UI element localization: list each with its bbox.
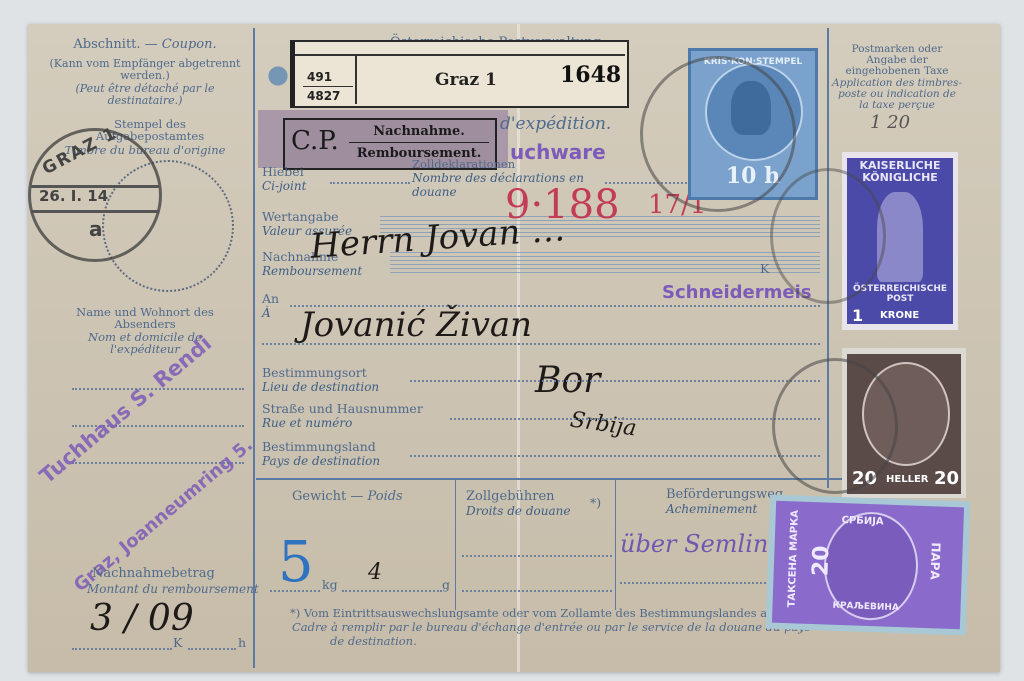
postmark-on-imprint [640, 56, 796, 212]
coupon-note-fr: (Peut être détaché par le destinataire.) [40, 83, 250, 107]
serbian-stamp-right-text: ПАРА [928, 542, 943, 580]
label-top-rule [295, 54, 625, 56]
handwritten-addressee-line2: Jovanić Živan [300, 305, 532, 345]
postmark-on-krone [770, 168, 886, 304]
stamp-1-krone-unit: KRONE [880, 310, 919, 321]
addressee-label: An À [262, 292, 279, 320]
origin-postmark: GRAZ 1 26. I. 14 a [28, 128, 162, 262]
destination-de: Bestimmungsort [262, 365, 367, 380]
coupon-divider [253, 28, 255, 668]
footnote-fr: Cadre à remplir par le bureau d'échange … [292, 620, 811, 634]
customs-fr: Droits de douane [466, 504, 570, 518]
destination-fr: Lieu de destination [262, 380, 379, 394]
value-de: Wertangabe [262, 209, 339, 224]
route-fr: Acheminement [666, 502, 783, 516]
handwritten-total-fee: 1 20 [870, 112, 910, 133]
customs-de: Zollgebühren [466, 489, 555, 504]
weight-kg-line[interactable] [270, 590, 320, 592]
addressee-fr: À [262, 306, 279, 320]
coupon-title-de: Abschnitt. — [73, 37, 157, 52]
footnote-fr-2: de destination. [330, 634, 417, 648]
destination-line[interactable] [410, 380, 820, 382]
eagle-emblem-icon [266, 56, 290, 96]
label-col-rule [355, 54, 357, 104]
footnote-de: *) Vom Eintrittsauswechslungsamte oder v… [290, 606, 831, 620]
declarations-de: Zolldeklarationen [412, 157, 515, 171]
weight-g-unit: g [442, 578, 450, 592]
addressee-de: An [262, 291, 279, 306]
street-de: Straße und Hausnummer [262, 401, 423, 416]
country-label: Bestimmungsland Pays de destination [262, 440, 380, 468]
stamp-1-krone-top-text: KAISERLICHE KÖNIGLICHE [847, 160, 953, 184]
weight-g-handwritten: 4 [368, 560, 382, 585]
stamp-20-heller-unit: HELLER [886, 474, 928, 485]
currency-mark: K [760, 262, 769, 276]
street-label: Straße und Hausnummer Rue et numéro [262, 402, 423, 430]
route-handwritten: über Semlin [620, 530, 768, 558]
cod-label-de: Nachnahme. [349, 124, 489, 139]
weight-divider [455, 480, 456, 610]
cod-amount-k-line[interactable] [72, 648, 172, 650]
cod-label-rule [349, 142, 489, 143]
customs-label: Zollgebühren Droits de douane [466, 490, 570, 518]
destination-label: Bestimmungsort Lieu de destination [262, 366, 379, 394]
label-office: Graz 1 [435, 70, 497, 90]
serbian-postage-due-stamp: СРБИЈА ТАКСЕНА МАРКА ПАРА КРАЉЕВИНА 20 [766, 495, 971, 636]
customs-line-1[interactable] [462, 555, 612, 557]
attached-count-line[interactable] [330, 182, 410, 184]
postmark-date: 26. I. 14 [39, 187, 108, 205]
coupon-title-fr: Coupon. [162, 37, 217, 52]
stamp-box-title-fr: Application des timbres-poste ou indicat… [832, 78, 962, 111]
street-fr: Rue et numéro [262, 416, 423, 430]
cod-amount-h-line[interactable] [188, 648, 236, 650]
weight-de: Gewicht — [292, 489, 363, 504]
stamp-20-heller-value-right: 20 [934, 468, 959, 489]
country-line[interactable] [410, 455, 820, 457]
serbian-stamp-country: СРБИЈА [841, 515, 883, 527]
weight-kg-unit: kg [322, 578, 338, 592]
cod-amount-label-fr: Montant du remboursement [87, 582, 259, 596]
stamp-box-title-de: Postmarken oder Angabe der eingehobenen … [832, 44, 962, 77]
postmark-code: a [89, 217, 103, 241]
country-de: Bestimmungsland [262, 439, 376, 454]
cod-label-code: C.P. [291, 126, 339, 156]
route-line[interactable] [620, 582, 770, 584]
weight-fr: Poids [368, 489, 403, 504]
country-fr: Pays de destination [262, 454, 380, 468]
stamp-1-krone-value: 1 [852, 306, 863, 325]
route-label: Beförderungsweg Acheminement [666, 488, 783, 516]
street-line[interactable] [450, 418, 820, 420]
label-serial-number: 1648 [560, 62, 621, 88]
postmark-on-heller [772, 358, 898, 494]
attached-label: Hiebei Ci-joint [262, 165, 306, 193]
customs-line-2[interactable] [462, 590, 612, 592]
label-number-bottom: 4827 [307, 89, 340, 103]
coupon-title: Abschnitt. — Coupon. [40, 38, 250, 52]
weight-label: Gewicht — Poids [292, 490, 403, 504]
label-fraction-rule [303, 86, 353, 87]
customs-divider [615, 480, 616, 610]
cod-amount-label-de: Nachnahmebetrag [92, 567, 215, 581]
customs-footnote-mark: *) [590, 496, 601, 510]
cod-amount-handwritten: 3 / 09 [90, 598, 194, 639]
weight-g-line[interactable] [342, 590, 442, 592]
unit-h: h [238, 636, 246, 650]
label-number-top: 491 [307, 70, 332, 84]
attached-de: Hiebei [262, 164, 304, 179]
weight-kg-handwritten: 5 [278, 530, 314, 595]
expedition-label: d'expédition. [500, 117, 611, 131]
serbian-stamp-value: 20 [808, 545, 834, 576]
coupon-note-de: (Kann vom Empfänger abgetrennt werden.) [40, 58, 250, 82]
route-de: Beförderungsweg [666, 487, 783, 502]
attached-fr: Ci-joint [262, 179, 306, 193]
registration-label: 491 4827 Graz 1 1648 [290, 40, 629, 108]
unit-k: K [173, 636, 182, 650]
sender-label-de: Name und Wohnort des Absenders [55, 306, 235, 330]
